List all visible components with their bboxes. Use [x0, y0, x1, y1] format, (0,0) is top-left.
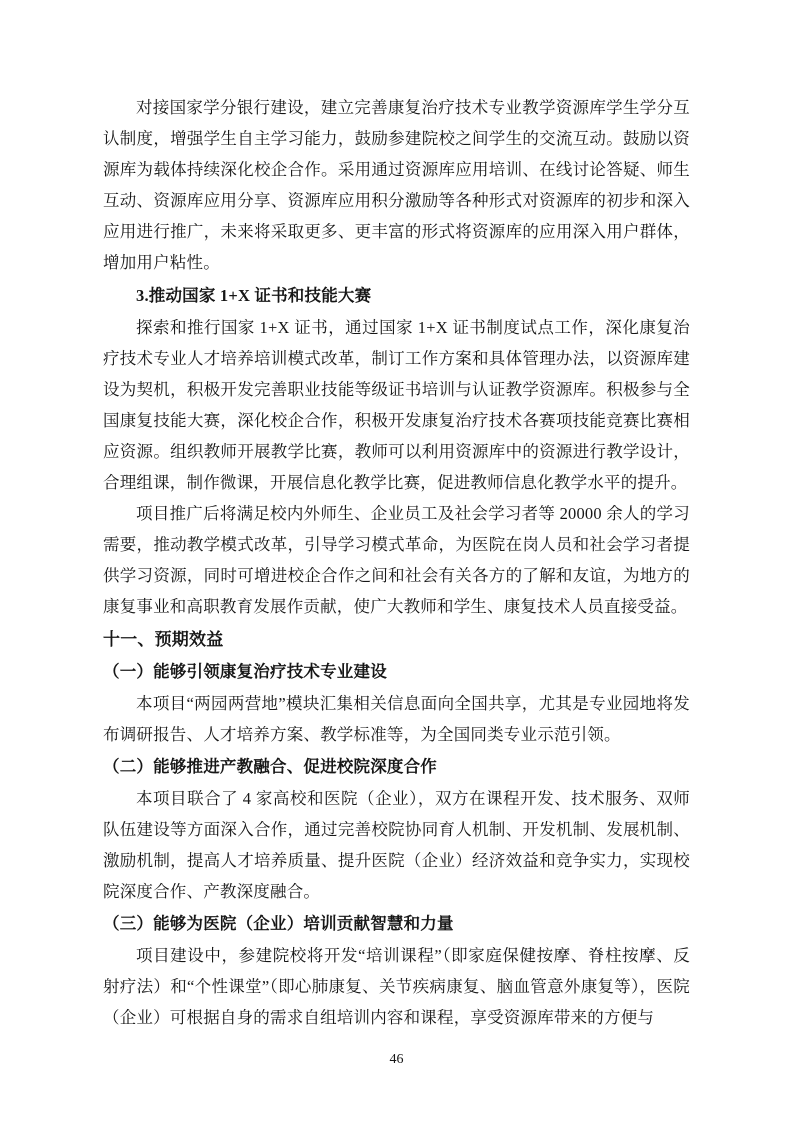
body-paragraph: 项目建设中，参建院校将开发“培训课程”（即家庭保健按摩、脊柱按摩、反射疗法）和“…	[103, 940, 690, 1033]
page-number: 46	[0, 1052, 793, 1068]
body-paragraph: 项目推广后将满足校内外师生、企业员工及社会学习者等 20000 余人的学习需要，…	[103, 498, 690, 622]
subsection-heading-one: （一）能够引领康复治疗技术专业建设	[103, 656, 690, 687]
body-paragraph: 本项目“两园两营地”模块汇集相关信息面向全国共享，尤其是专业园地将发布调研报告、…	[103, 688, 690, 750]
subsection-heading-3: 3.推动国家 1+X 证书和技能大赛	[103, 280, 690, 311]
body-paragraph: 对接国家学分银行建设，建立完善康复治疗技术专业教学资源库学生学分互认制度，增强学…	[103, 92, 690, 278]
subsection-heading-three: （三）能够为医院（企业）培训贡献智慧和力量	[103, 908, 690, 939]
body-paragraph: 探索和推行国家 1+X 证书，通过国家 1+X 证书制度试点工作，深化康复治疗技…	[103, 312, 690, 498]
chapter-heading: 十一、预期效益	[103, 624, 690, 655]
subsection-heading-two: （二）能够推进产教融合、促进校院深度合作	[103, 751, 690, 782]
body-paragraph: 本项目联合了 4 家高校和医院（企业），双方在课程开发、技术服务、双师队伍建设等…	[103, 783, 690, 907]
document-body: 对接国家学分银行建设，建立完善康复治疗技术专业教学资源库学生学分互认制度，增强学…	[103, 92, 690, 1033]
document-page: 对接国家学分银行建设，建立完善康复治疗技术专业教学资源库学生学分互认制度，增强学…	[0, 0, 793, 1122]
